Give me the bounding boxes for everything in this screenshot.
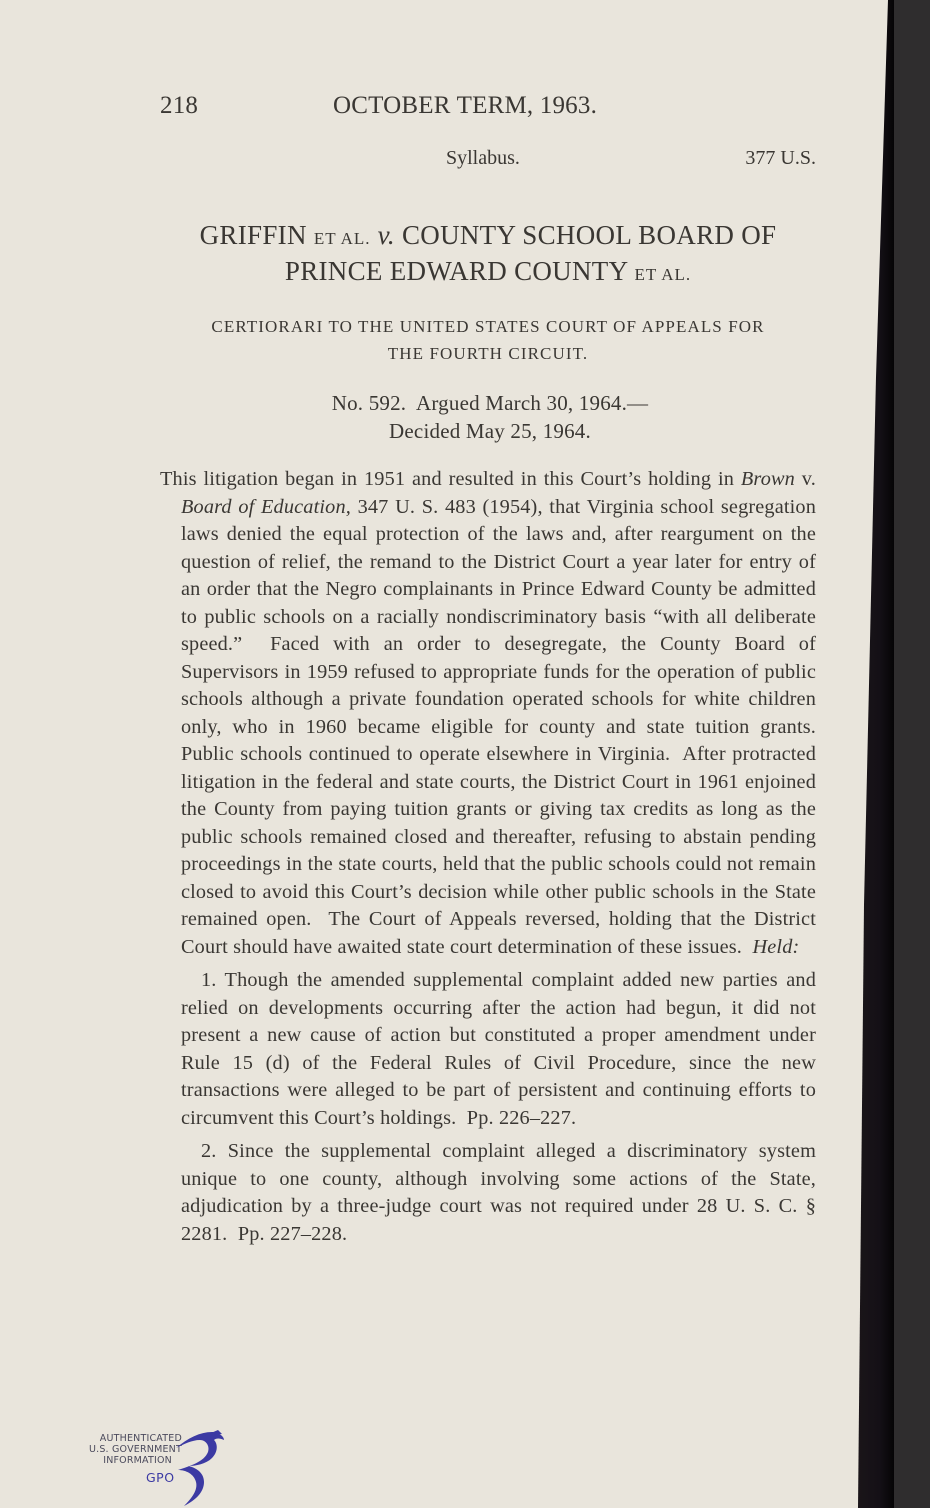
case-title-line-1: GRIFFIN ET AL. v. COUNTY SCHOOL BOARD OF xyxy=(155,219,821,255)
gpo-line-information: INFORMATION xyxy=(66,1455,182,1466)
syllabus-intro-paragraph: This litigation began in 1951 and result… xyxy=(160,466,816,961)
page-number: 218 xyxy=(160,92,198,120)
gpo-acronym: GPO xyxy=(146,1470,175,1485)
running-head: 218 OCTOBER TERM, 1963. xyxy=(160,92,816,122)
et-al-petitioner: ET AL. xyxy=(314,229,371,248)
docket-info: No. 592. Argued March 30, 1964.— Decided… xyxy=(280,389,700,445)
certiorari-line-1: CERTIORARI TO THE UNITED STATES COURT OF… xyxy=(150,313,826,340)
document-page: 218 OCTOBER TERM, 1963. Syllabus. 377 U.… xyxy=(0,0,894,1508)
holding-paragraph-2: 2. Since the supplemental complaint alle… xyxy=(160,1138,816,1248)
docket-argued: No. 592. Argued March 30, 1964.— xyxy=(280,389,700,417)
term-heading: OCTOBER TERM, 1963. xyxy=(333,92,597,120)
versus: v. xyxy=(378,220,395,250)
gpo-stamp-text: AUTHENTICATED U.S. GOVERNMENT INFORMATIO… xyxy=(66,1433,182,1466)
case-name-brown: Brown xyxy=(741,468,795,490)
intro-text-1: This litigation began in 1951 and result… xyxy=(160,468,741,490)
case-name-board: Board of Education, xyxy=(181,496,351,518)
holding-number: 1. xyxy=(201,969,217,991)
viewer-background xyxy=(894,0,930,1508)
gpo-line-authenticated: AUTHENTICATED xyxy=(66,1433,182,1444)
holding-text: Since the supplemental complaint alleged… xyxy=(181,1140,821,1245)
section-label: Syllabus. xyxy=(446,147,520,170)
docket-decided: Decided May 25, 1964. xyxy=(280,417,700,445)
subheader: Syllabus. 377 U.S. xyxy=(160,147,816,173)
reporter-citation: 377 U.S. xyxy=(745,147,816,170)
holding-paragraph-1: 1. Though the amended supplemental compl… xyxy=(160,967,816,1132)
holding-text: Though the amended supplemental complain… xyxy=(181,969,821,1129)
intro-text-2: 347 U. S. 483 (1954), that Virginia scho… xyxy=(181,496,826,958)
respondent-line-1: COUNTY SCHOOL BOARD OF xyxy=(402,220,776,250)
certiorari-line-2: THE FOURTH CIRCUIT. xyxy=(150,340,826,367)
et-al-respondent: ET AL. xyxy=(634,265,691,284)
case-title-line-2: PRINCE EDWARD COUNTY ET AL. xyxy=(155,255,821,291)
held-label: Held: xyxy=(752,936,799,958)
respondent-line-2: PRINCE EDWARD COUNTY xyxy=(285,256,628,286)
holding-number: 2. xyxy=(201,1140,217,1162)
gpo-line-government: U.S. GOVERNMENT xyxy=(66,1444,182,1455)
eagle-icon xyxy=(174,1426,226,1506)
syllabus-body: This litigation began in 1951 and result… xyxy=(160,466,816,1248)
gpo-authentication-stamp: AUTHENTICATED U.S. GOVERNMENT INFORMATIO… xyxy=(66,1424,226,1506)
petitioner: GRIFFIN xyxy=(200,220,307,250)
certiorari-line: CERTIORARI TO THE UNITED STATES COURT OF… xyxy=(150,313,826,367)
case-title: GRIFFIN ET AL. v. COUNTY SCHOOL BOARD OF… xyxy=(155,219,821,291)
case-versus: v. xyxy=(795,468,816,490)
